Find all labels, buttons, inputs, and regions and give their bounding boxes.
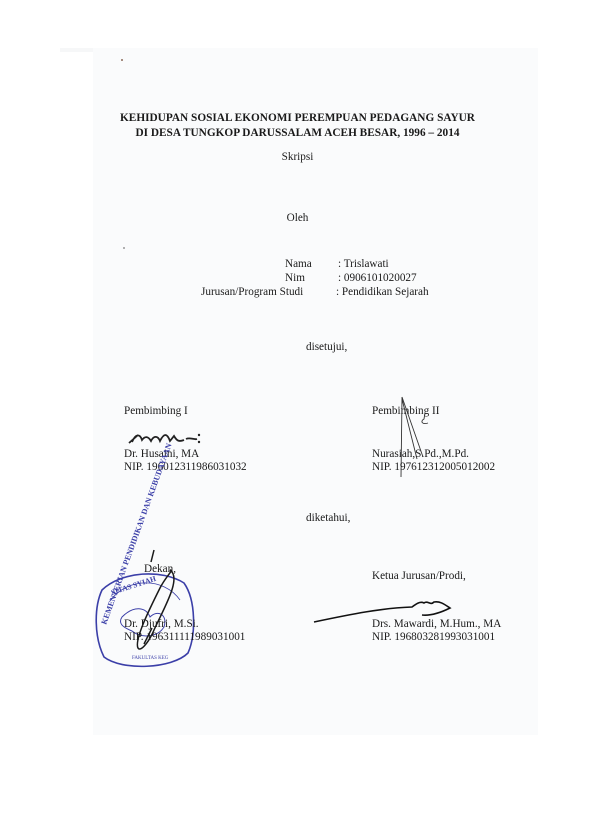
thesis-title-line1: KEHIDUPAN SOSIAL EKONOMI PEREMPUAN PEDAG… [0,111,595,126]
nim-value: : 0906101020027 [338,272,417,285]
document-type: Skripsi [0,151,595,163]
dean-name: Dr. Djufri, M.Si. [124,618,199,631]
dean-nip: NIP. 196311111989031001 [124,631,245,644]
supervisor1-role: Pembimbing I [124,405,188,418]
head-role: Ketua Jurusan/Prodi, [372,570,466,583]
scan-speck [121,59,123,61]
thesis-title-line2: DI DESA TUNGKOP DARUSSALAM ACEH BESAR, 1… [0,126,595,141]
supervisor2-name: Nurasiah,S.Pd.,M.Pd. [372,448,469,461]
name-label: Nama [285,258,312,271]
supervisor1-nip: NIP. 196012311986031032 [124,461,247,474]
supervisor2-nip: NIP. 197612312005012002 [372,461,495,474]
head-name: Drs. Mawardi, M.Hum., MA [372,618,501,631]
approved-label: disetujui, [306,341,347,354]
by-label: Oleh [0,212,595,224]
head-nip: NIP. 196803281993031001 [372,631,495,644]
program-value: : Pendidikan Sejarah [336,286,429,299]
scan-edge [60,48,93,52]
nim-label: Nim [285,272,305,285]
scan-speck [123,247,125,249]
program-label: Jurusan/Program Studi [201,286,303,299]
acknowledged-label: diketahui, [306,512,350,525]
name-value: : Trislawati [338,258,389,271]
